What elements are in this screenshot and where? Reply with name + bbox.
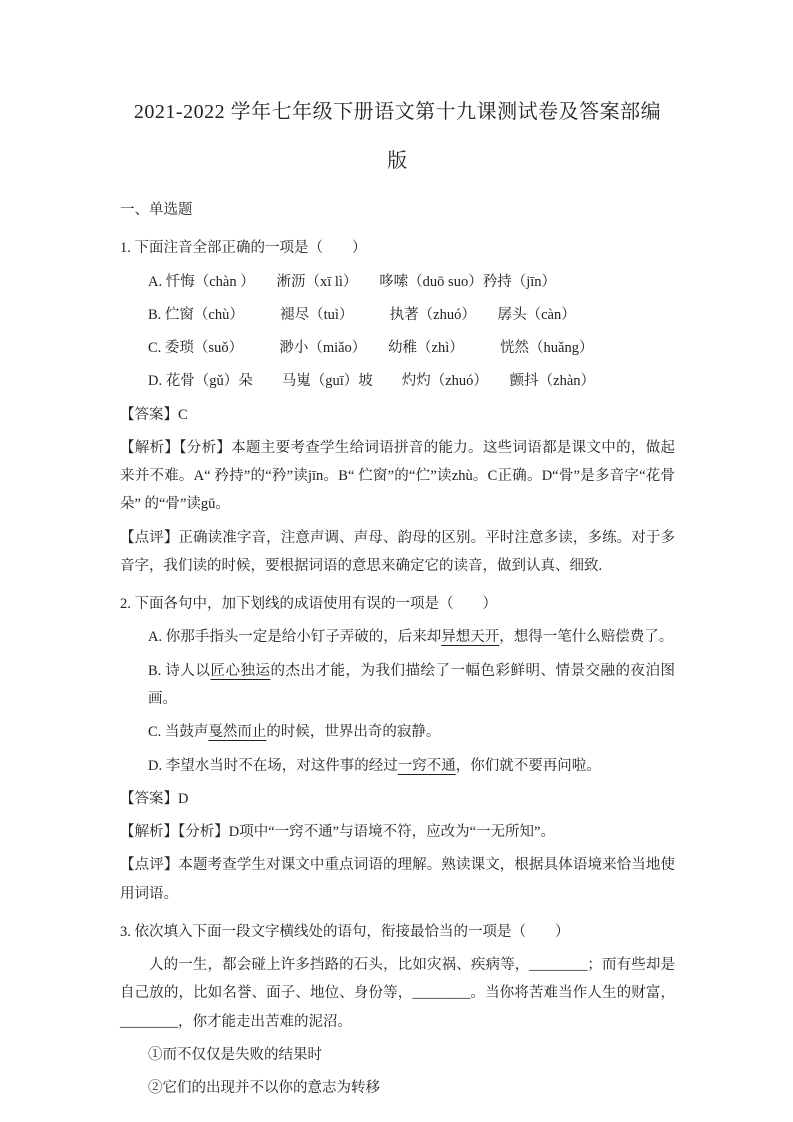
q2-option-d-pre: D. 李望水当时不在场，对这件事的经过 [148,758,398,774]
q2-option-c-post: 的时候，世界出奇的寂静。 [266,724,440,740]
q1-comment: 【点评】正确读准字音，注意声调、声母、韵母的区别。平时注意多读，多练。对于多音字… [120,524,675,581]
q3-item-2: ②它们的出现并不以你的意志为转移 [120,1074,675,1102]
q2-analysis: 【解析】【分析】D项中“一窍不通”与语境不符，应改为“一无所知”。 [120,818,675,846]
title-line-2: 版 [120,137,675,186]
q2-option-a-post: ，想得一笔什么赔偿费了。 [499,629,673,645]
q2-option-d-underlined-idiom: 一窍不通 [398,758,456,774]
q1-option-d: D. 花骨（gǔ）朵 马嵬（guī）坡 灼灼（zhuó） 颤抖（zhàn） [120,367,675,395]
document-page: 2021-2022 学年七年级下册语文第十九课测试卷及答案部编 版 一、单选题 … [0,0,793,1122]
q1-stem: 1. 下面注音全部正确的一项是（ ） [120,234,675,262]
section-heading: 一、单选题 [120,196,675,224]
q2-option-b: B. 诗人以匠心独运的杰出才能，为我们描绘了一幅色彩鲜明、情景交融的夜泊图画。 [120,657,675,714]
q1-option-a: A. 忏悔（chàn ） 淅沥（xī lì） 哆嗦（duō suo）矜持（jīn… [120,268,675,296]
q2-option-a: A. 你那手指头一定是给小钉子弄破的，后来却异想天开，想得一笔什么赔偿费了。 [120,623,675,651]
q2-comment: 【点评】本题考查学生对课文中重点词语的理解。熟读课文，根据具体语境来恰当地使用词… [120,851,675,908]
q1-analysis: 【解析】【分析】本题主要考查学生给词语拼音的能力。这些词语都是课文中的，做起来并… [120,434,675,519]
q2-option-c-pre: C. 当鼓声 [148,724,208,740]
q3-stem: 3. 依次填入下面一段文字横线处的语句，衔接最恰当的一项是（ ） [120,918,675,946]
q2-option-c-underlined-idiom: 戛然而止 [208,724,266,740]
q1-option-c: C. 委琐（suǒ） 渺小（miǎo） 幼稚（zhì） 恍然（huǎng） [120,334,675,362]
q2-option-c: C. 当鼓声戛然而止的时候，世界出奇的寂静。 [120,718,675,746]
q2-option-d: D. 李望水当时不在场，对这件事的经过一窍不通，你们就不要再问啦。 [120,752,675,780]
q2-stem: 2. 下面各句中，加下划线的成语使用有误的一项是（ ） [120,590,675,618]
q2-option-b-pre: B. 诗人以 [148,663,210,679]
q2-option-a-pre: A. 你那手指头一定是给小钉子弄破的，后来却 [148,629,441,645]
q1-answer: 【答案】C [120,401,675,429]
q1-option-b: B. 伫窗（chù） 褪尽（tuì） 执著（zhuó） 孱头（càn） [120,301,675,329]
document-title: 2021-2022 学年七年级下册语文第十九课测试卷及答案部编 版 [120,88,675,186]
q3-paragraph: 人的一生，都会碰上许多挡路的石头，比如灾祸、疾病等，________；而有些却是… [120,951,675,1036]
title-line-1: 2021-2022 学年七年级下册语文第十九课测试卷及答案部编 [120,88,675,137]
q2-answer: 【答案】D [120,785,675,813]
q2-option-a-underlined-idiom: 异想天开 [441,629,499,645]
q2-option-d-post: ，你们就不要再问啦。 [456,758,601,774]
q2-option-b-underlined-idiom: 匠心独运 [210,663,270,679]
q3-item-1: ①而不仅仅是失败的结果时 [120,1041,675,1069]
